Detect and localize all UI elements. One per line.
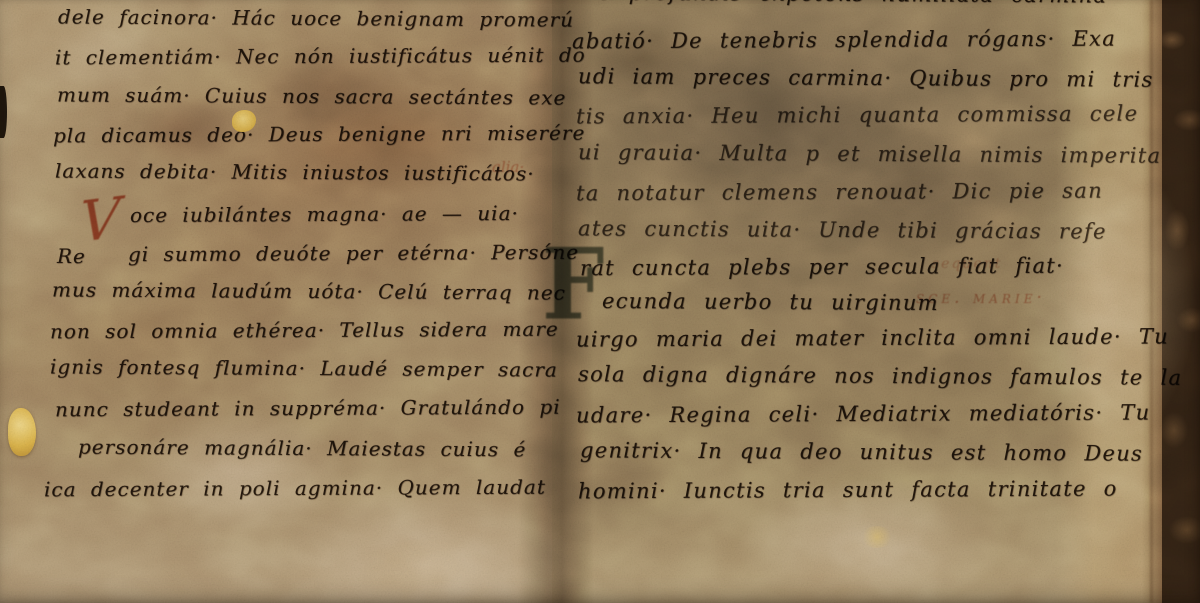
faded-red-rubric-sce-marie: sce. marie· — [916, 288, 1046, 308]
green-initial-F: F — [542, 235, 604, 334]
red-initial-V: V — [80, 185, 121, 256]
text-line-left-12: ica decenter in poli agmina· Quem laudat — [44, 475, 546, 502]
manuscript-photo: dele facinora· Hác uoce benignam promerú… — [0, 0, 1200, 603]
text-line-right-4: ta notatur clemens renouat· Dic pie san — [576, 179, 1103, 206]
text-line-right-partial-top: e profundis expetens humiliata carmina — [598, 0, 1107, 8]
faded-red-rubric-sequentia: sequent — [932, 256, 1002, 272]
text-line-left-0: dele facinora· Hác uoce benignam promerú — [58, 4, 574, 31]
text-line-left-4: laxans debita· Mitis iniustos iustificát… — [55, 159, 535, 186]
text-line-right-1: udi iam preces carmina· Quibus pro mi tr… — [578, 64, 1154, 92]
text-line-left-8: non sol omnia ethérea· Tellus sidera mar… — [50, 317, 559, 344]
dark-edge-sliver — [0, 86, 7, 138]
faded-red-rubric-alia: alia· — [492, 158, 524, 176]
text-line-right-3: ui grauia· Multa p et misella nimis impe… — [578, 140, 1161, 168]
stain-bottom-right-page — [860, 526, 894, 548]
text-line-right-10: udare· Regina celi· Mediatrix mediatóris… — [576, 400, 1151, 427]
text-line-left-10: nunc studeant in suppréma· Gratulándo pi — [55, 395, 561, 422]
text-line-left-3: pla dicamus deo· Deus benigne nri miseré… — [53, 121, 585, 148]
wax-drop-left-margin — [8, 408, 36, 456]
text-line-right-7: ecunda uerbo tu uirginum — [602, 289, 939, 315]
text-line-right-12: homini· Iunctis tria sunt facta trinitat… — [578, 477, 1118, 504]
text-line-right-11: genitrix· In qua deo unitus est homo Deu… — [580, 438, 1143, 465]
leather-binding-strip — [1162, 0, 1200, 603]
text-line-right-5: ates cunctis uita· Unde tibi grácias ref… — [578, 216, 1107, 243]
text-line-right-8: uirgo maria dei mater inclita omni laude… — [576, 324, 1169, 351]
text-line-left-11: personáre magnália· Maiestas cuius é — [78, 435, 526, 462]
text-line-left-9: ignis fontesq flumina· Laudé semper sacr… — [50, 354, 558, 381]
text-line-left-6: gi summo deuóte per etérna· Persóne — [128, 240, 579, 266]
text-line-left-7: mus máxima laudúm uóta· Celú terraq nec — [52, 277, 566, 304]
text-line-right-2: tis anxia· Heu michi quanta commissa cel… — [576, 102, 1138, 129]
text-line-right-0: abatió· De tenebris splendida rógans· Ex… — [572, 27, 1116, 54]
text-line-left-1: it clementiám· Nec nón iustificátus uéni… — [55, 43, 586, 70]
text-line-right-9: sola digna dignáre nos indignos famulos … — [578, 362, 1182, 390]
text-line-left-5: oce iubilántes magna· ae — uia· — [130, 201, 519, 227]
text-line-left-2: mum suám· Cuius nos sacra sectántes exe — [57, 82, 566, 109]
